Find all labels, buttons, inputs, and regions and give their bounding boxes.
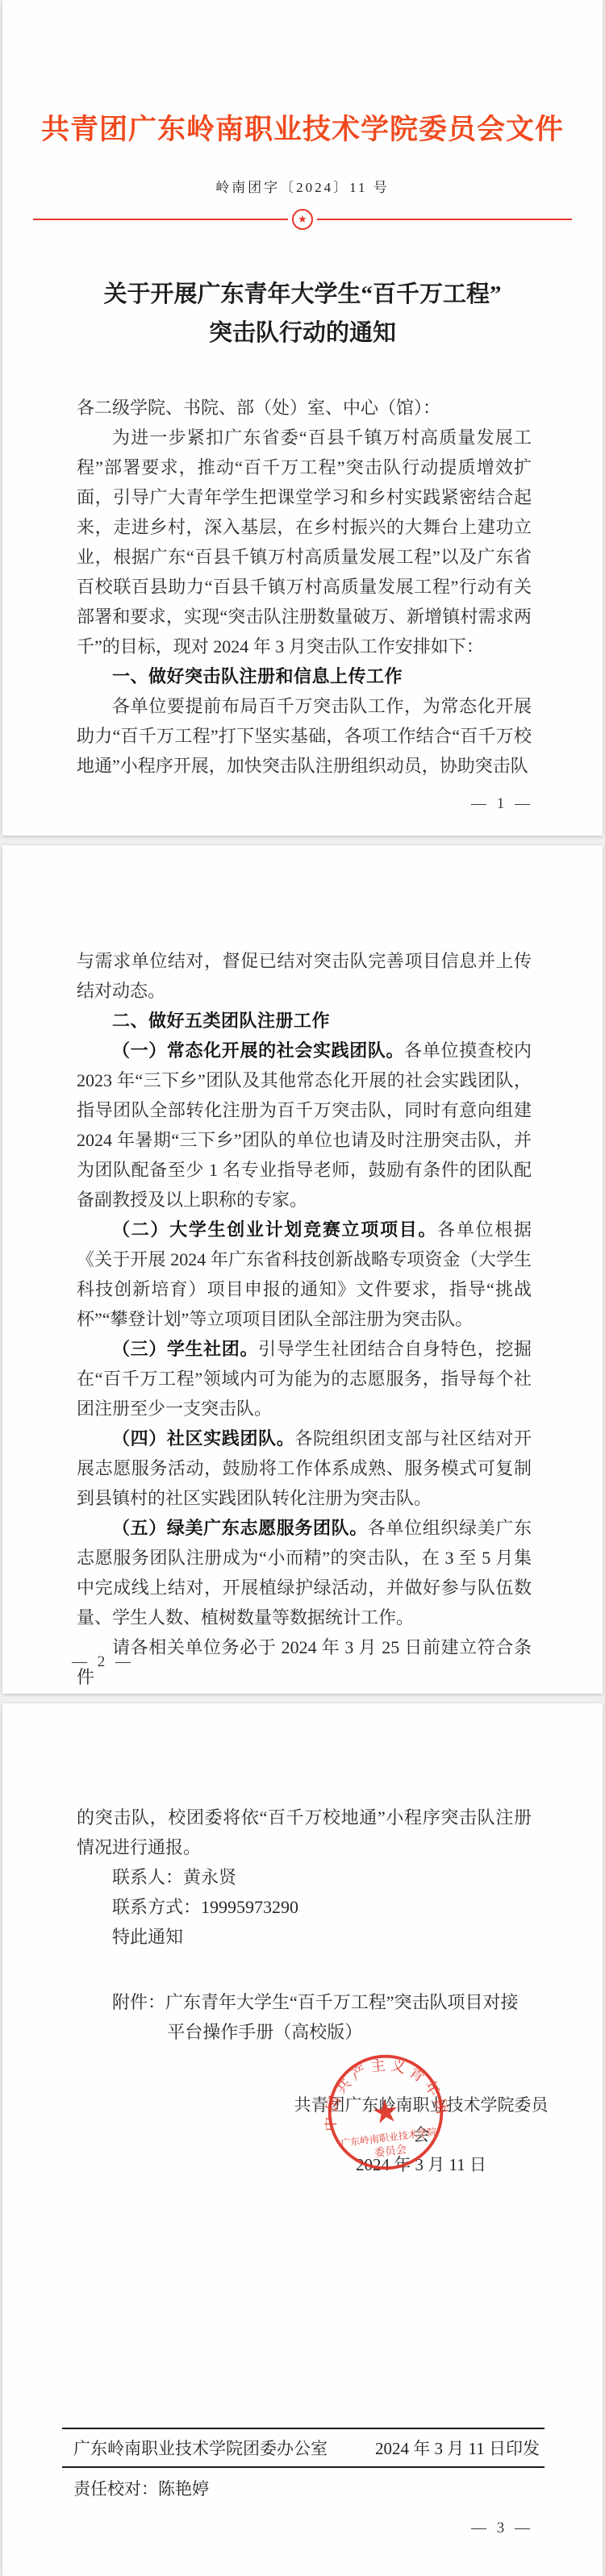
contact-name: 联系人：黄永贤 bbox=[77, 1862, 532, 1892]
document-page-2: 与需求单位结对，督促已结对突击队完善项目信息并上传结对动态。 二、做好五类团队注… bbox=[2, 845, 603, 1694]
item-4-label: （四）社区实践团队。 bbox=[112, 1428, 294, 1448]
attachment-line-1: 附件：广东青年大学生“百千万工程”突击队项目对接 bbox=[77, 1987, 532, 2017]
page-number-3: — 3 — bbox=[471, 2520, 533, 2537]
stamp-star-icon: ★ bbox=[369, 2093, 402, 2132]
document-number: 岭南团字〔2024〕11 号 bbox=[2, 176, 603, 196]
document-title-line2: 突击队行动的通知 bbox=[2, 314, 603, 352]
imprint-row: 广东岭南职业技术学院团委办公室 2024 年 3 月 11 日印发 bbox=[62, 2428, 544, 2468]
paragraph-section1: 各单位要提前布局百千万突击队工作，为常态化开展助力“百千万工程”打下坚实基础，各… bbox=[77, 691, 532, 781]
document-title: 关于开展广东青年大学生“百千万工程” 突击队行动的通知 bbox=[2, 275, 603, 352]
page1-body: 各二级学院、书院、部（处）室、中心（馆）： 为进一步紧扣广东省委“百县千镇万村高… bbox=[77, 393, 532, 781]
item-2-label: （二）大学生创业计划竞赛立项项目。 bbox=[112, 1219, 437, 1240]
red-divider: ★ bbox=[33, 209, 572, 230]
notice-closing: 特此通知 bbox=[77, 1922, 532, 1952]
divider-line-right bbox=[317, 219, 572, 220]
document-title-line1: 关于开展广东青年大学生“百千万工程” bbox=[2, 275, 603, 314]
imprint-footer: 广东岭南职业技术学院团委办公室 2024 年 3 月 11 日印发 责任校对：陈… bbox=[62, 2428, 544, 2500]
item-4: （四）社区实践团队。各院组织团支部与社区结对开展志愿服务活动，鼓励将工作体系成熟… bbox=[77, 1423, 532, 1513]
section-heading-2: 二、做好五类团队注册工作 bbox=[77, 1006, 532, 1036]
paragraph-deadline: 请各相关单位务必于 2024 年 3 月 25 日前建立符合条件 bbox=[77, 1632, 532, 1692]
official-red-stamp: 中国共产主义青年团 ★ 广东岭南职业技术学院 委员会 bbox=[316, 2043, 455, 2182]
document-page-1: 共青团广东岭南职业技术学院委员会文件 岭南团字〔2024〕11 号 ★ 关于开展… bbox=[2, 0, 603, 836]
document-page-3: 的突击队，校团委将依“百千万校地通”小程序突击队注册情况进行通报。 联系人：黄永… bbox=[2, 1703, 603, 2576]
item-2: （二）大学生创业计划竞赛立项项目。各单位根据《关于开展 2024 年广东省科技创… bbox=[77, 1215, 532, 1334]
paragraph-continuation-2: 的突击队，校团委将依“百千万校地通”小程序突击队注册情况进行通报。 bbox=[77, 1803, 532, 1862]
divider-line-left bbox=[33, 219, 288, 220]
page3-body: 的突击队，校团委将依“百千万校地通”小程序突击队注册情况进行通报。 联系人：黄永… bbox=[77, 1803, 532, 2047]
item-1: （一）常态化开展的社会实践团队。各单位摸查校内 2023 年“三下乡”团队及其他… bbox=[77, 1036, 532, 1215]
scanned-official-document: 共青团广东岭南职业技术学院委员会文件 岭南团字〔2024〕11 号 ★ 关于开展… bbox=[0, 0, 605, 2576]
item-1-text: 各单位摸查校内 2023 年“三下乡”团队及其他常态化开展的社会实践团队，指导团… bbox=[77, 1040, 532, 1210]
contact-phone: 联系方式：19995973290 bbox=[77, 1892, 532, 1922]
item-5-label: （五）绿美广东志愿服务团队。 bbox=[112, 1518, 368, 1538]
page-number-1: — 1 — bbox=[471, 795, 533, 813]
proofreader-line: 责任校对：陈艳婷 bbox=[62, 2468, 544, 2500]
salutation: 各二级学院、书院、部（处）室、中心（馆）： bbox=[77, 393, 532, 423]
section-heading-1: 一、做好突击队注册和信息上传工作 bbox=[77, 661, 532, 691]
page2-body: 与需求单位结对，督促已结对突击队完善项目信息并上传结对动态。 二、做好五类团队注… bbox=[77, 946, 532, 1692]
page-number-2: — 2 — bbox=[72, 1653, 134, 1671]
item-1-label: （一）常态化开展的社会实践团队。 bbox=[112, 1040, 404, 1061]
item-5: （五）绿美广东志愿服务团队。各单位组织绿美广东志愿服务团队注册成为“小而精”的突… bbox=[77, 1513, 532, 1632]
attachment-line-2: 平台操作手册（高校版） bbox=[77, 2017, 532, 2047]
paragraph-continuation: 与需求单位结对，督促已结对突击队完善项目信息并上传结对动态。 bbox=[77, 946, 532, 1006]
paragraph-intro: 为进一步紧扣广东省委“百县千镇万村高质量发展工程”部署要求，推动“百千万工程”突… bbox=[77, 423, 532, 661]
letterhead-title: 共青团广东岭南职业技术学院委员会文件 bbox=[2, 113, 603, 147]
star-emblem-icon: ★ bbox=[292, 209, 313, 230]
stamp-sub-text: 委员会 bbox=[373, 2143, 407, 2159]
imprint-office: 广东岭南职业技术学院团委办公室 bbox=[73, 2436, 328, 2460]
item-3: （三）学生社团。引导学生社团结合自身特色，挖掘在“百千万工程”领域内可为能为的志… bbox=[77, 1334, 532, 1423]
item-3-label: （三）学生社团。 bbox=[112, 1339, 258, 1359]
imprint-print-date: 2024 年 3 月 11 日印发 bbox=[375, 2436, 540, 2460]
